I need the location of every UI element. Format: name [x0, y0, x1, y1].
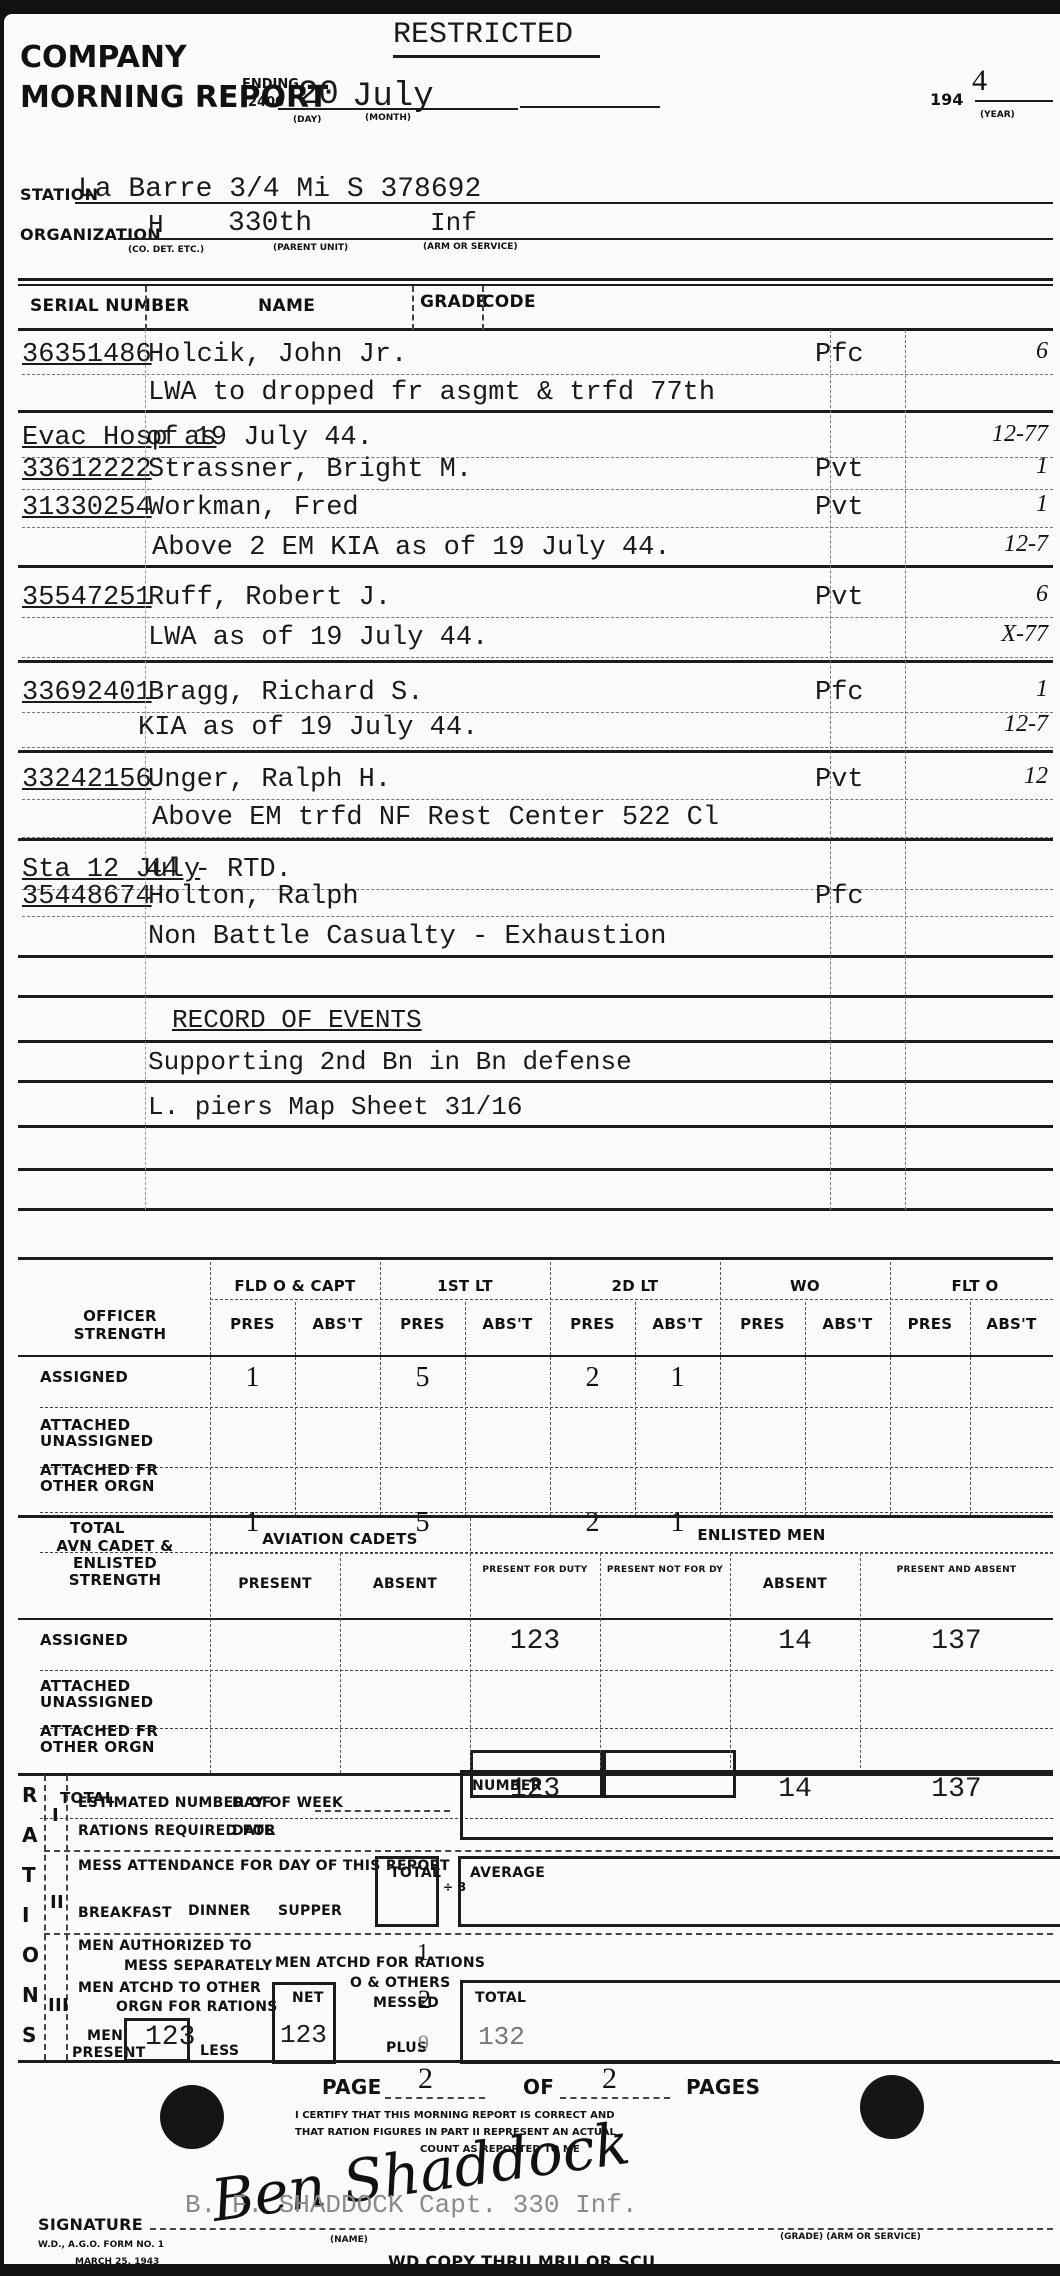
roster-remark[interactable]: Above 2 EM KIA as of 19 July 44.: [152, 533, 670, 563]
part2-numeral: II: [50, 1892, 64, 1913]
aviation-cadets-group: AVIATION CADETS: [210, 1530, 470, 1548]
enlisted-row-rule: [40, 1728, 1053, 1729]
grade[interactable]: Pfc: [815, 340, 864, 370]
enlisted-col-divider: [340, 1553, 341, 1773]
enlisted-cell[interactable]: 14: [730, 1626, 860, 1657]
officer-col-divider: [635, 1302, 636, 1515]
status-code[interactable]: 6: [1036, 581, 1048, 608]
bottom-edge: [700, 2264, 1060, 2276]
men-present-value: 123: [145, 2022, 195, 2053]
page-number[interactable]: 2: [418, 2062, 433, 2096]
rations-side-letter: I: [22, 1903, 30, 1927]
ending-label: ENDING: [242, 77, 299, 92]
officer-col-divider: [465, 1302, 466, 1515]
officer-subcol-5: ABS'T: [635, 1315, 720, 1333]
org-arm[interactable]: Inf: [430, 208, 477, 238]
status-code[interactable]: 1: [1036, 453, 1048, 480]
year-digit[interactable]: 4: [972, 64, 987, 98]
breakfast-label: BREAKFAST: [78, 1905, 172, 1921]
status-code[interactable]: 12-77: [992, 421, 1048, 448]
others-messed-value[interactable]: 2: [418, 1985, 431, 2015]
org-unit-caption: (CO. DET. ETC.): [128, 245, 204, 255]
atchd-other-label1: MEN ATCHD TO OTHER: [78, 1980, 261, 1996]
status-code[interactable]: X-77: [1001, 621, 1048, 648]
entry-line: [22, 657, 1053, 658]
roster-remark[interactable]: KIA as of 19 July 44.: [138, 713, 478, 743]
section-rule: [18, 955, 1053, 958]
auth-separate-label2: MESS SEPARATELY: [124, 1958, 272, 1974]
number-box[interactable]: [460, 1770, 1053, 1840]
day-of-week-label: DAY OF WEEK: [232, 1795, 343, 1811]
organization-label: ORGANIZATION: [20, 225, 161, 244]
enlisted-subcol-2: PRESENT FOR DUTY: [470, 1563, 600, 1577]
part2-bottom-rule: [44, 1933, 1053, 1935]
report-day[interactable]: 20: [298, 76, 339, 114]
officer-group-rule: [210, 1299, 1053, 1300]
roster-remark[interactable]: 44 - RTD.: [146, 855, 292, 885]
serial-number[interactable]: 33612222: [22, 455, 152, 485]
status-code[interactable]: 12: [1024, 763, 1048, 790]
soldier-name[interactable]: Holton, Ralph: [148, 882, 359, 912]
enlisted-col-divider: [600, 1553, 601, 1773]
officer-bottom-rule: [18, 1515, 1053, 1518]
day-caption: (DAY): [293, 115, 321, 125]
enlisted-subcol-5: PRESENT AND ABSENT: [860, 1563, 1053, 1577]
officer-subcol-2: PRES: [380, 1315, 465, 1333]
col-header-code: CODE: [482, 292, 536, 312]
officer-col-divider: [295, 1302, 296, 1515]
record-line-2[interactable]: L. piers Map Sheet 31/16: [148, 1092, 522, 1122]
serial-number[interactable]: 35547251: [22, 583, 152, 613]
date-line-2: [520, 106, 660, 108]
signature-line: [150, 2228, 1053, 2230]
page-total-line: [560, 2097, 670, 2099]
serial-number[interactable]: 36351486: [22, 340, 152, 370]
col-header-grade: GRADE: [420, 292, 487, 312]
enlisted-men-group: ENLISTED MEN: [470, 1526, 1053, 1544]
punch-hole-right: [860, 2075, 924, 2139]
officer-subcol-8: PRES: [890, 1315, 970, 1333]
number-label: NUMBER: [472, 1778, 542, 1794]
rations-side-letter: R: [22, 1783, 38, 1807]
officer-cell[interactable]: 2: [550, 1362, 635, 1394]
form-title-line1: COMPANY: [20, 40, 187, 75]
form-date: MARCH 25, 1943: [75, 2257, 159, 2267]
soldier-name[interactable]: Workman, Fred: [148, 493, 359, 523]
section-rule: [18, 565, 1053, 568]
officer-row-rule: [40, 1512, 1053, 1513]
enlisted-strength-title: AVN CADET & ENLISTED STRENGTH: [40, 1538, 190, 1589]
soldier-name[interactable]: Unger, Ralph H.: [148, 765, 391, 795]
officer-row-label: ATTACHED UNASSIGNED: [40, 1417, 190, 1449]
enlisted-group-rule: [210, 1553, 1053, 1554]
atchd-for-rations-value[interactable]: 1: [417, 1940, 429, 1967]
enlisted-col-divider: [210, 1518, 211, 1773]
enlisted-cell[interactable]: 123: [470, 1626, 600, 1657]
officer-subcol-6: PRES: [720, 1315, 805, 1333]
officer-row-label: TOTAL: [40, 1520, 220, 1536]
officer-group-3: WO: [720, 1277, 890, 1295]
officer-col-divider: [890, 1262, 891, 1515]
grade[interactable]: Pfc: [815, 678, 864, 708]
part1-numeral: I: [52, 1805, 59, 1826]
enlisted-row-label: ASSIGNED: [40, 1632, 190, 1648]
roster-header-rule: [18, 328, 1053, 331]
enlisted-row-label: ATTACHED UNASSIGNED: [40, 1678, 190, 1710]
officer-cell[interactable]: 1: [210, 1362, 295, 1394]
rations-side-divider: [44, 1775, 46, 2060]
average-box[interactable]: [458, 1856, 1060, 1927]
enlisted-row-rule: [40, 1670, 1053, 1671]
entry-line: [22, 527, 1053, 528]
status-code[interactable]: 12-7: [1004, 531, 1048, 558]
officer-subcol-9: ABS'T: [970, 1315, 1053, 1333]
section-rule: [18, 750, 1053, 753]
roster-remark[interactable]: Non Battle Casualty - Exhaustion: [148, 922, 666, 952]
rations-side-letter: O: [22, 1943, 39, 1967]
officer-row-rule: [40, 1407, 1053, 1408]
serial-number[interactable]: 33692401: [22, 678, 152, 708]
officer-col-divider: [380, 1262, 381, 1515]
rations-numeral-divider: [66, 1775, 68, 2060]
status-code[interactable]: 12-7: [1004, 711, 1048, 738]
blank-entry-rule: [18, 1040, 1053, 1043]
enlisted-col-divider: [470, 1518, 471, 1773]
org-parent-caption: (PARENT UNIT): [273, 243, 348, 253]
serial-number[interactable]: 35448674: [22, 882, 152, 912]
entry-line: [22, 617, 1053, 618]
officer-col-divider: [805, 1302, 806, 1515]
officer-row-rule: [40, 1467, 1053, 1468]
grade[interactable]: Pvt: [815, 583, 864, 613]
name-caption: (NAME): [330, 2235, 368, 2245]
net-label: NET: [292, 1990, 324, 2006]
plus-value[interactable]: 9: [418, 2030, 429, 2056]
column-guide: [830, 330, 831, 1210]
men-present-label1: MEN: [87, 2028, 123, 2044]
enlisted-header-rule: [18, 1618, 1053, 1620]
record-line-1[interactable]: Supporting 2nd Bn in Bn defense: [148, 1047, 632, 1077]
grade[interactable]: Pfc: [815, 882, 864, 912]
page-label: PAGE: [322, 2075, 382, 2099]
station-line: [75, 202, 1053, 204]
blank-entry-rule: [18, 1208, 1053, 1211]
rations-total-value: 132: [478, 2022, 525, 2052]
officer-subcol-7: ABS'T: [805, 1315, 890, 1333]
enlisted-subcol-4: ABSENT: [730, 1576, 860, 1592]
enlisted-col-divider: [860, 1553, 861, 1773]
page-number-line: [385, 2097, 485, 2099]
supper-label: SUPPER: [278, 1903, 342, 1919]
officer-group-0: FLD O & CAPT: [210, 1277, 380, 1295]
grade-caption: (GRADE) (ARM OR SERVICE): [780, 2232, 921, 2242]
roster-top-rule-2: [18, 284, 1053, 286]
org-unit[interactable]: H: [148, 210, 164, 240]
officer-header-rule: [18, 1355, 1053, 1357]
grade[interactable]: Pvt: [815, 765, 864, 795]
form-number: W.D., A.G.O. FORM NO. 1: [38, 2240, 164, 2250]
classification-underline: [393, 55, 600, 58]
others-messed-label1: O & OTHERS: [350, 1975, 450, 1991]
soldier-name[interactable]: Strassner, Bright M.: [148, 455, 472, 485]
blank-entry-rule: [18, 995, 1053, 998]
rations-side-letter: S: [22, 2023, 37, 2047]
entry-line: [22, 916, 1053, 917]
month-caption: (MONTH): [365, 113, 411, 123]
rations-bottom-rule: [18, 2060, 1053, 2063]
officer-col-divider: [550, 1262, 551, 1515]
rations-side-letter: N: [22, 1983, 39, 2007]
soldier-name[interactable]: Holcik, John Jr.: [148, 340, 407, 370]
enlisted-subcol-0: PRESENT: [210, 1576, 340, 1592]
station-value[interactable]: La Barre 3/4 Mi S 378692: [78, 174, 481, 205]
officer-group-1: 1ST LT: [380, 1277, 550, 1295]
col-header-serial: SERIAL NUMBER: [30, 296, 190, 316]
officer-top-rule: [18, 1257, 1053, 1260]
entry-line: [22, 799, 1053, 800]
page-total[interactable]: 2: [602, 2062, 617, 2096]
entry-line: [22, 747, 1053, 748]
rations-side-letter: T: [22, 1863, 36, 1887]
net-value: 123: [280, 2020, 327, 2050]
code-col-divider: [482, 286, 484, 330]
rations-total-label: TOTAL: [475, 1990, 526, 2006]
year-caption: (YEAR): [980, 110, 1015, 120]
section-rule: [18, 660, 1053, 663]
officer-col-divider: [970, 1302, 971, 1515]
section-rule: [18, 838, 1053, 841]
blank-entry-rule: [18, 1080, 1053, 1083]
rations-side-letter: A: [22, 1823, 38, 1847]
roster-remark[interactable]: LWA to dropped fr asgmt & trfd 77th: [148, 378, 715, 408]
grade[interactable]: Pvt: [815, 493, 864, 523]
punch-hole-left: [160, 2085, 224, 2149]
status-code[interactable]: 1: [1036, 491, 1048, 518]
officer-row-label: ATTACHED FR OTHER ORGN: [40, 1462, 190, 1494]
less-label: LESS: [200, 2043, 239, 2059]
entry-line: [22, 374, 1053, 375]
part3-numeral: III: [48, 1995, 69, 2016]
grade[interactable]: Pvt: [815, 455, 864, 485]
rations-total-box[interactable]: [460, 1980, 1060, 2064]
enlisted-subcol-1: ABSENT: [340, 1576, 470, 1592]
officer-strength-title: OFFICER STRENGTH: [45, 1307, 195, 1343]
officer-subcol-1: ABS'T: [295, 1315, 380, 1333]
classification-stamp: RESTRICTED: [393, 18, 573, 52]
blank-entry-rule: [18, 1125, 1053, 1128]
name-col-divider: [145, 286, 147, 330]
enlisted-row-label: ATTACHED FR OTHER ORGN: [40, 1723, 190, 1755]
roster-remark[interactable]: Above EM trfd NF Rest Center 522 Cl: [152, 803, 719, 833]
year-prefix: 194: [930, 90, 963, 109]
copy-note: WD COPY THRU MRU OR SCU: [388, 2252, 655, 2271]
atchd-for-rations-label: MEN ATCHD FOR RATIONS: [275, 1955, 485, 1971]
officer-subcol-0: PRES: [210, 1315, 295, 1333]
officer-subcol-3: ABS'T: [465, 1315, 550, 1333]
org-arm-caption: (ARM OR SERVICE): [423, 242, 518, 252]
atchd-other-label2: ORGN FOR RATIONS: [116, 1999, 278, 2015]
auth-separate-label1: MEN AUTHORIZED TO: [78, 1938, 252, 1954]
col-header-name: NAME: [258, 296, 315, 316]
of-label: OF: [523, 2075, 554, 2099]
mess-total-label: TOTAL: [390, 1865, 441, 1881]
signature-label: SIGNATURE: [38, 2215, 143, 2234]
officer-col-divider: [720, 1262, 721, 1515]
status-code[interactable]: 6: [1036, 338, 1048, 365]
enlisted-subcol-3: PRESENT NOT FOR DY: [600, 1563, 730, 1577]
org-parent[interactable]: 330th: [228, 208, 312, 239]
grade-col-divider: [412, 286, 414, 330]
roster-remark[interactable]: of 19 July 44.: [146, 423, 373, 453]
column-guide: [145, 330, 146, 1210]
part1-bottom-rule: [44, 1850, 1053, 1852]
serial-number[interactable]: 31330254: [22, 493, 152, 523]
organization-line: [118, 238, 1053, 240]
soldier-name[interactable]: Ruff, Robert J.: [148, 583, 391, 613]
officer-cell[interactable]: 1: [635, 1362, 720, 1394]
record-of-events-heading: RECORD OF EVENTS: [172, 1005, 422, 1035]
entry-line: [22, 489, 1053, 490]
enlisted-cell[interactable]: 137: [860, 1626, 1053, 1657]
dinner-label: DINNER: [188, 1903, 250, 1919]
report-month[interactable]: July: [352, 78, 434, 116]
average-label: AVERAGE: [470, 1865, 545, 1881]
officer-group-4: FLT O: [890, 1277, 1060, 1295]
column-guide: [905, 330, 906, 1210]
officer-col-divider: [210, 1262, 211, 1515]
roster-remark[interactable]: LWA as of 19 July 44.: [148, 623, 488, 653]
officer-group-2: 2D LT: [550, 1277, 720, 1295]
day-of-week-field[interactable]: [315, 1810, 450, 1812]
soldier-name[interactable]: Bragg, Richard S.: [148, 678, 423, 708]
officer-row-label: ASSIGNED: [40, 1369, 190, 1385]
officer-cell[interactable]: 5: [380, 1362, 465, 1394]
blank-entry-rule: [18, 1168, 1053, 1171]
serial-number[interactable]: 33242156: [22, 765, 152, 795]
status-code[interactable]: 1: [1036, 676, 1048, 703]
roster-top-rule: [18, 278, 1053, 281]
date-label: DATE: [232, 1823, 274, 1839]
typed-signer-name[interactable]: B. F. SHADDOCK Capt. 330 Inf.: [185, 2190, 637, 2220]
enlisted-col-divider: [730, 1553, 731, 1773]
pages-label: PAGES: [686, 2075, 760, 2099]
officer-subcol-4: PRES: [550, 1315, 635, 1333]
section-rule: [18, 410, 1053, 413]
year-line: [975, 100, 1053, 102]
